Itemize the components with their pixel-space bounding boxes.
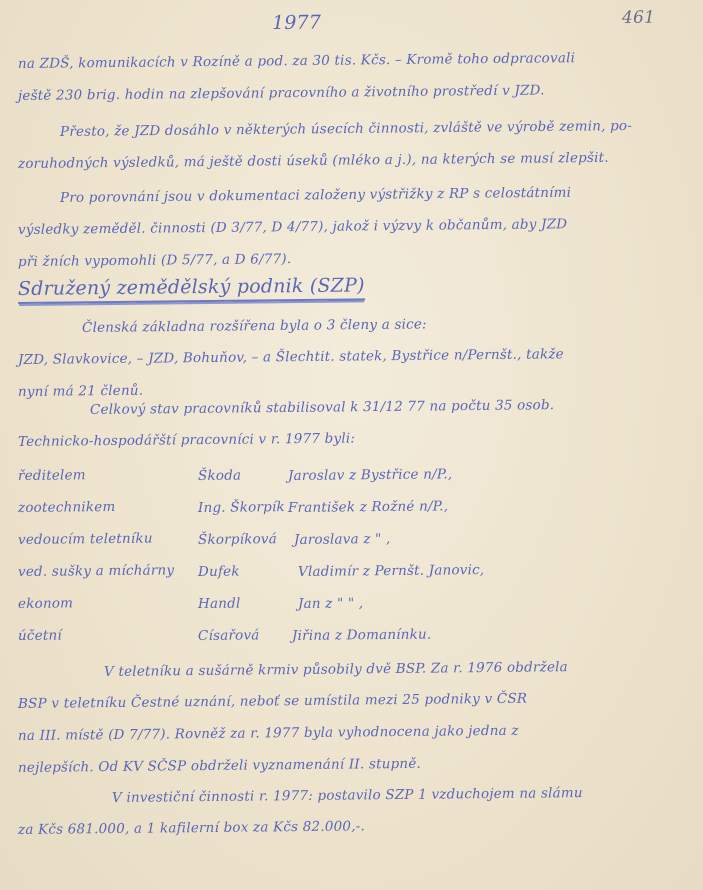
text-line: nejlepších. Od KV SČSP obdrželi vyznamen… [18, 756, 421, 776]
staff-name: Škorpíková [198, 531, 277, 548]
text-line: BSP v teletníku Čestné uznání, neboť se … [18, 691, 527, 712]
text-line: V investiční činnosti r. 1977: postavilo… [112, 785, 583, 806]
section-heading: Sdružený zemědělský podnik (SZP) [18, 274, 365, 304]
text-line: ještě 230 brig. hodin na zlepšování prac… [18, 82, 545, 104]
staff-role: ekonom [18, 595, 73, 612]
text-line: zoruhodných výsledků, má ještě dosti úse… [18, 150, 609, 172]
staff-name: Handl [198, 596, 241, 612]
text-line: Technicko-hospodářští pracovníci v r. 19… [18, 430, 355, 450]
staff-detail: Vladimír z Pernšt. Janovic, [298, 562, 485, 580]
text-line: výsledky zeměděl. činnosti (D 3/77, D 4/… [18, 216, 567, 238]
staff-detail: Jan z " " , [298, 595, 364, 612]
text-line: nyní má 21 členů. [18, 383, 143, 400]
staff-detail: František z Rožné n/P., [288, 498, 448, 516]
staff-detail: Jaroslava z " , [294, 531, 391, 548]
staff-role: zootechnikem [18, 499, 116, 516]
staff-detail: Jiřina z Domanínku. [292, 627, 432, 644]
text-line: Pro porovnání jsou v dokumentaci založen… [60, 185, 571, 206]
text-line: Celkový stav pracovníků stabilisoval k 3… [90, 397, 554, 418]
staff-name: Ing. Škorpík [198, 499, 285, 516]
text-line: V teletníku a sušárně krmiv působily dvě… [104, 659, 568, 680]
text-line: při žních vypomohli (D 5/77, a D 6/77). [18, 251, 292, 270]
staff-role: účetní [18, 628, 62, 644]
text-line: na ZDŠ, komunikacích v Rozíně a pod. za … [18, 50, 575, 72]
text-line: Členská základna rozšířena byla o 3 člen… [82, 316, 427, 336]
text-line: za Kčs 681.000, a 1 kafilerní box za Kčs… [18, 818, 365, 838]
staff-name: Císařová [198, 627, 260, 644]
text-line: na III. místě (D 7/77). Rovněž za r. 197… [18, 723, 519, 744]
staff-role: ředitelem [18, 467, 86, 484]
staff-detail: Jaroslav z Bystřice n/P., [288, 466, 453, 484]
page-number: 461 [622, 8, 655, 28]
text-line: JZD, Slavkovice, – JZD, Bohuňov, – a Šle… [18, 346, 564, 368]
staff-role: vedoucím teletníku [18, 531, 153, 548]
chronicle-page: 1977 461 na ZDŠ, komunikacích v Rozíně a… [0, 0, 703, 890]
staff-name: Škoda [198, 468, 241, 484]
page-year: 1977 [272, 11, 321, 34]
text-line: Přesto, že JZD dosáhlo v některých úsecí… [60, 118, 632, 140]
staff-name: Dufek [198, 564, 240, 580]
staff-role: ved. sušky a míchárny [18, 562, 174, 580]
